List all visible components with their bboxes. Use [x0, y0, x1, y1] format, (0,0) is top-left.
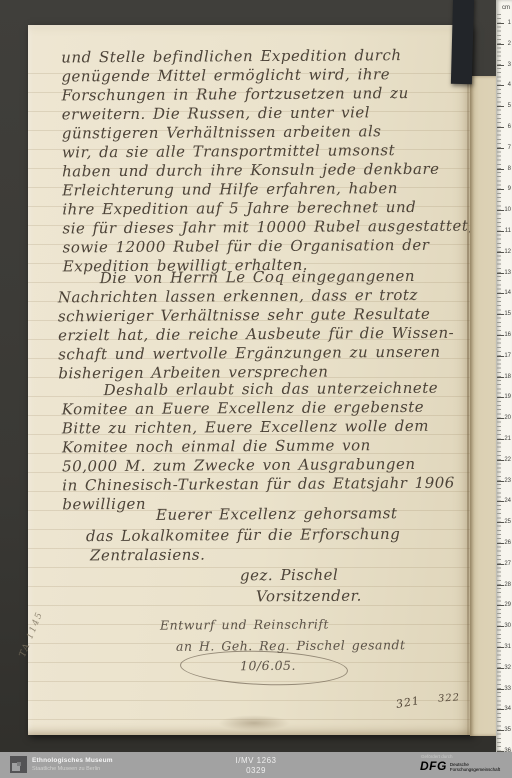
ruler-cm-tick	[497, 293, 504, 294]
ruler-number: 29	[504, 602, 511, 609]
ruler-cm-tick	[497, 522, 504, 523]
ruler-number: 4	[508, 82, 511, 89]
letter-closing-salutation: Euerer Excellenz gehorsamst	[156, 504, 398, 525]
ruler-number: 9	[508, 186, 511, 193]
dfg-logo: Gefördert durch DFG Deutsche Forschungsg…	[420, 754, 506, 772]
letter-closing-committee-2: Zentralasiens.	[90, 546, 205, 566]
next-folio-number: 322	[438, 692, 461, 705]
ruler-cm-tick	[497, 585, 504, 586]
ruler-number: 15	[504, 311, 511, 318]
ruler-cm-tick	[497, 481, 504, 482]
ruler-number: 7	[508, 145, 511, 152]
ruler-number: 6	[508, 124, 511, 131]
archival-note-line-1: Entwurf und Reinschrift	[160, 614, 329, 635]
ruler-cm-tick	[497, 335, 504, 336]
ruler-cm-tick	[497, 23, 504, 24]
document-page: und Stelle befindlichen Expedition durch…	[28, 25, 472, 735]
ruler-number: 30	[504, 623, 511, 630]
ruler-cm-tick	[497, 252, 504, 253]
letter-paragraph-1: und Stelle befindlichen Expedition durch…	[61, 46, 474, 277]
ruler-cm-tick	[497, 273, 504, 274]
ruler-cm-tick	[497, 709, 504, 710]
ruler-cm-tick	[497, 44, 504, 45]
handwritten-line: sowie 12000 Rubel für die Organisation d…	[63, 236, 474, 258]
ruler-cm-tick	[497, 397, 504, 398]
handwritten-line: schaft und wertvolle Ergänzungen zu unse…	[58, 343, 454, 365]
letter-paragraph-2: Die von Herrn Le Coq eingegangenenNachri…	[58, 267, 455, 384]
footer-bar: Ethnologisches Museum Staatliche Museen …	[0, 752, 512, 778]
ruler-number: 21	[504, 436, 511, 443]
ruler-number: 16	[504, 332, 511, 339]
paper-smudge	[218, 715, 290, 731]
ruler-number: 1	[508, 20, 511, 27]
ruler-number: 20	[504, 415, 511, 422]
ruler-cm-tick	[497, 626, 504, 627]
ruler-number: 18	[504, 374, 511, 381]
ruler-cm-tick	[497, 148, 504, 149]
ruler-number: 2	[508, 41, 511, 48]
letter-closing-committee: das Lokalkomitee für die Erforschung	[86, 525, 400, 546]
ruler-cm-tick	[497, 418, 504, 419]
ruler-number: 3	[508, 62, 511, 69]
ruler-cm-tick	[497, 127, 504, 128]
ruler-number: 14	[504, 290, 511, 297]
ruler-cm-tick	[497, 231, 504, 232]
ruler-cm-tick	[497, 210, 504, 211]
dark-bookmark	[451, 0, 474, 84]
ruler-cm-tick	[497, 668, 504, 669]
ruler-number: 12	[504, 249, 511, 256]
ruler-number: 23	[504, 478, 511, 485]
ruler-number: 33	[504, 686, 511, 693]
ruler-number: 32	[504, 665, 511, 672]
ruler: cm 1234567891011121314151617181920212223…	[496, 0, 512, 752]
ruler-cm-tick	[497, 647, 504, 648]
ruler-number: 10	[504, 207, 511, 214]
ruler-number: 27	[504, 561, 511, 568]
ruler-cm-tick	[497, 501, 504, 502]
ruler-number: 31	[504, 644, 511, 651]
ruler-cm-tick	[497, 439, 504, 440]
ruler-number: 28	[504, 582, 511, 589]
ruler-number: 17	[504, 353, 511, 360]
ruler-cm-tick	[497, 85, 504, 86]
ruler-number: 11	[505, 228, 511, 235]
ruler-cm-tick	[497, 189, 504, 190]
ruler-cm-tick	[497, 564, 504, 565]
ruler-cm-tick	[497, 169, 504, 170]
ruler-cm-tick	[497, 689, 504, 690]
ruler-cm-tick	[497, 605, 504, 606]
ruler-cm-tick	[497, 460, 504, 461]
dfg-full-name: Deutsche Forschungsgemeinschaft	[450, 760, 500, 772]
dfg-acronym: DFG	[420, 760, 447, 772]
signature-title: Vorsitzender.	[256, 587, 362, 607]
ruler-number: 34	[504, 706, 511, 713]
ruler-number: 26	[504, 540, 511, 547]
ruler-number: 35	[504, 727, 511, 734]
ruler-cm-tick	[497, 543, 504, 544]
letter-paragraph-3: Deshalb erlaubt sich das unterzeichneteK…	[62, 379, 455, 515]
ruler-cm-tick	[497, 106, 504, 107]
ruler-cm-tick	[497, 730, 504, 731]
scan-viewer: und Stelle befindlichen Expedition durch…	[0, 0, 512, 778]
handwritten-line: Bitte zu richten, Euere Excellenz wolle …	[62, 417, 455, 439]
ruler-number: 22	[504, 457, 511, 464]
signature-name: gez. Pischel	[240, 566, 338, 586]
ruler-number: 5	[508, 103, 511, 110]
ruler-cm-tick	[497, 377, 504, 378]
ruler-number: 8	[508, 166, 511, 173]
handwritten-line: in Chinesisch-Turkestan für das Etatsjah…	[62, 474, 455, 496]
ruler-cm-tick	[497, 314, 504, 315]
ruler-number: 24	[504, 498, 511, 505]
ruler-number: 19	[504, 394, 511, 401]
ruler-unit: cm	[502, 5, 510, 11]
ruler-number: 13	[504, 270, 511, 277]
next-page-edge	[470, 76, 496, 736]
handwritten-line: haben und durch ihre Konsuln jede denkba…	[62, 160, 473, 182]
ruler-cm-tick	[497, 65, 504, 66]
ruler-mm-ticks	[497, 14, 501, 752]
ruler-number: 25	[504, 519, 511, 526]
ruler-cm-tick	[497, 356, 504, 357]
